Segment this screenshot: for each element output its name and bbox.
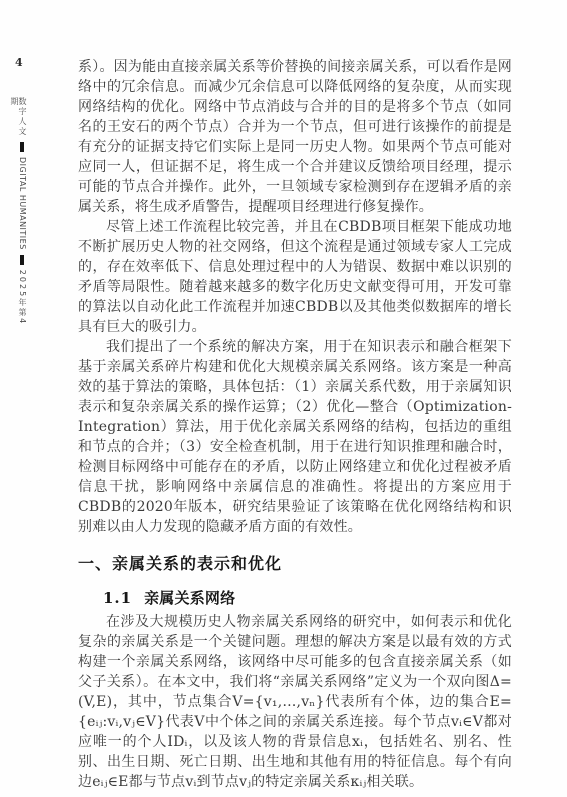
section-heading: 一、亲属关系的表示和优化 — [78, 553, 512, 574]
paragraph: 尽管上述工作流程比较完善，并且在CBDB项目框架下能成功地不断扩展历史人物的社交… — [78, 217, 512, 337]
page-number: 4 — [15, 56, 23, 69]
subsection-number: 1.1 — [103, 589, 132, 607]
journal-spine: 数字人文DIGITAL HUMANITIES2025年第4期 — [10, 97, 26, 327]
paragraph-continuation: 系）。因为能由直接亲属关系等价替换的间接亲属关系，可以看作是网络中的冗余信息。而… — [78, 57, 512, 217]
subsection-title: 亲属关系网络 — [144, 589, 235, 607]
separator-bar-icon — [20, 255, 24, 265]
separator-bar-icon — [20, 142, 24, 152]
paragraph: 我们提出了一个系统的解决方案，用于在知识表示和融合框架下基于亲属关系碎片构建和优… — [78, 337, 512, 537]
paragraph: 在涉及大规模历史人物亲属关系网络的研究中，如何表示和优化复杂的亲属关系是一个关键… — [78, 612, 512, 792]
journal-title-cn: 数字人文 — [18, 97, 27, 137]
article-body: 系）。因为能由直接亲属关系等价替换的间接亲属关系，可以看作是网络中的冗余信息。而… — [78, 57, 512, 792]
subsection-heading: 1.1亲属关系网络 — [78, 588, 512, 608]
journal-title-en: DIGITAL HUMANITIES — [18, 157, 27, 250]
document-page: 4 数字人文DIGITAL HUMANITIES2025年第4期 系）。因为能由… — [0, 0, 567, 797]
